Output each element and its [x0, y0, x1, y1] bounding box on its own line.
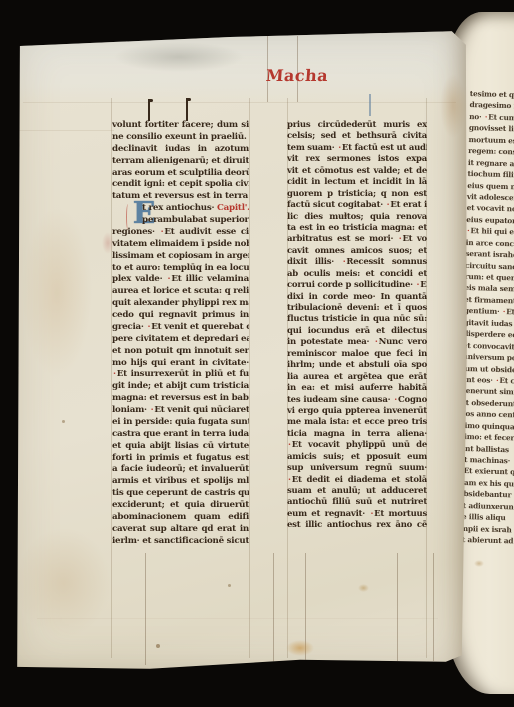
speck	[228, 584, 231, 587]
manuscript-text-line: cavit omnes amicos suos; et	[287, 246, 427, 257]
manuscript-text-line: git inde; et abijt cum tristicia	[112, 381, 249, 393]
horizontal-crease	[37, 618, 438, 619]
manuscript-text-line: ·Et dedit ei diadema et stolā	[287, 475, 427, 486]
manuscript-text-line: quit alexander phylippi rex ma	[112, 298, 249, 310]
rubrication-mark: ·	[398, 234, 403, 244]
ruling-line	[273, 553, 274, 665]
manuscript-text-line: lia aurea et argētea que erāt	[287, 372, 427, 383]
rubrication-mark: ·	[337, 143, 342, 153]
manuscript-text-line: arbitratus est se mori· ·Et vo	[287, 234, 427, 245]
manuscript-text-line: suam et anulū; ut adduceret	[287, 486, 427, 497]
manuscript-text-line: reminiscor maloe que feci in	[287, 349, 427, 360]
stain	[440, 74, 466, 138]
manuscript-text-line: ierlm· et sanctificacionē sicut	[112, 536, 249, 548]
manuscript-text-line: vitatem elimaidem ī pside nobi	[112, 239, 249, 251]
rubrication-mark: ·	[466, 226, 471, 235]
stain	[286, 640, 314, 656]
rubrication-mark: ·	[369, 509, 374, 519]
manuscript-text-line: et non potuit qm innotuit ser	[112, 346, 249, 358]
manuscript-text-line: cedo qui regnavit primus in	[112, 310, 249, 322]
text-column-right: prius circūdederūt muris excelsis; sed e…	[287, 120, 427, 532]
manuscript-text-line: et abierunt ad	[457, 534, 514, 547]
rubrication-mark: ·	[160, 227, 165, 237]
manuscript-text-line: pere civitatem et depredari eam·	[112, 334, 249, 346]
manuscript-photo: tesimo et quadragesimo nono· ·Et cum cog…	[0, 0, 514, 707]
stain	[474, 560, 484, 567]
manuscript-text-line: vit rex sermones istos expa	[287, 154, 427, 165]
manuscript-text-line: ticia magna in terra aliena·	[287, 429, 427, 440]
manuscript-text-line: fluctus tristicie in qua nūc sū:	[287, 314, 427, 325]
rubrication-mark: ·	[484, 112, 489, 121]
rubrication-mark: ·	[146, 322, 151, 332]
manuscript-text-line: ei in perside: quia fugata sunt	[112, 417, 249, 429]
manuscript-text-line: regiones· ·Et audivit esse ci	[112, 227, 249, 239]
rubrication-mark: ·	[416, 280, 421, 290]
rubrication-mark: ·	[150, 405, 155, 415]
rubrication-mark: ·	[393, 395, 398, 405]
rubrication-mark: ·	[287, 440, 292, 450]
manuscript-text-line: tes iudeam sine causa· ·Cogno	[287, 395, 427, 406]
manuscript-text-line: t rex antiochus· Capitl'. vj.	[112, 203, 249, 215]
horizontal-crease	[14, 130, 114, 131]
ascender-stroke	[186, 98, 188, 121]
manuscript-text-line: castra que erant in terra iuda:	[112, 429, 249, 441]
manuscript-text-line: abominacionem quam edifi	[112, 512, 249, 524]
manuscript-text-line: ·Et insurrexerūt in pliū et fu	[112, 369, 249, 381]
stain	[22, 208, 92, 378]
ruling-line	[145, 553, 146, 665]
manuscript-text-line: exciderunt; et quia diruerūt	[112, 500, 249, 512]
manuscript-text-line: volunt fortiter facere; dum si	[112, 120, 249, 132]
blue-pen-mark	[369, 94, 371, 116]
manuscript-text-line: in potestate mea· ·Nunc vero	[287, 337, 427, 348]
ascender-stroke	[148, 99, 150, 121]
rubrication-mark: ·	[495, 376, 500, 385]
manuscript-text-line: amicis suis; et pposuit eum	[287, 452, 427, 463]
manuscript-text-line: lissimam et copiosam in argen	[112, 251, 249, 263]
manuscript-text-line: a facie iudeorū; et invaluerūt	[112, 464, 249, 476]
manuscript-text-line: dixit illis· ·Recessit somnus	[287, 257, 427, 268]
manuscript-text-line: sup universum regnū suum·	[287, 463, 427, 474]
manuscript-text-line: cidit in lectum et incidit in lā	[287, 177, 427, 188]
rubrication-mark: ·	[374, 337, 379, 347]
manuscript-text-line: declinavit iudas in azotum	[112, 144, 249, 156]
manuscript-page: Macha E volunt fortiter facere; dum sine…	[14, 28, 470, 672]
manuscript-text-line: tem suam· ·Et factū est ut audi	[287, 143, 427, 154]
manuscript-text-line: terram alienigenarū; et diruit	[112, 156, 249, 168]
ruling-line	[433, 553, 434, 661]
stain	[16, 528, 111, 638]
manuscript-text-line: vit et cōmotus est valde; et de	[287, 166, 427, 177]
manuscript-text-line: qui iocundus erā et dilectus	[287, 326, 427, 337]
rubrication-mark: ·	[386, 200, 391, 210]
manuscript-text-line: eum et regnavit· ·Et mortuus	[287, 509, 427, 520]
manuscript-text-line: ab oculis meis: et concidi et	[287, 269, 427, 280]
manuscript-text-line: ·Et vocavit phylippū unū de	[287, 440, 427, 451]
manuscript-text-line: aras eorum et sculptilia deorū	[112, 168, 249, 180]
manuscript-text-line: loniam· ·Et venit qui nūciaret	[112, 405, 249, 417]
manuscript-text-line: ne consilio exeunt in praeliū. et	[112, 132, 249, 144]
manuscript-text-line: tribulacionē deveni: et ī quos	[287, 303, 427, 314]
ruling-line	[305, 553, 306, 665]
manuscript-text-line: vi ergo quia ppterea invenerūt	[287, 406, 427, 417]
rubrication-mark: ·	[342, 257, 347, 267]
manuscript-text-line: factū sicut cogitabat· ·Et erat i	[287, 200, 427, 211]
manuscript-text-line: armis et viribus et spolijs ml	[112, 476, 249, 488]
manuscript-text-line: lic dies multos; quia renova	[287, 212, 427, 223]
manuscript-text-line: to et auro: templūq in ea locu	[112, 263, 249, 275]
speck	[156, 644, 160, 648]
rubrication-mark: ·	[287, 475, 292, 485]
manuscript-text-line: celsis; sed et bethsurā civita	[287, 131, 427, 142]
manuscript-text-line: antiochū filiū suū et nutriret	[287, 497, 427, 508]
manuscript-text-line: me mala ista: et ecce preo tris	[287, 417, 427, 428]
stain	[358, 584, 369, 592]
text-column-left: volunt fortiter facere; dum sine consili…	[112, 120, 249, 548]
manuscript-text-line: dixi in corde meo· In quantā	[287, 292, 427, 303]
manuscript-text-line: forti in primis et fugatus est	[112, 453, 249, 465]
rubrication-mark: ·	[167, 274, 172, 284]
manuscript-text-line: aurea et lorice et scuta: q reli	[112, 286, 249, 298]
speck	[62, 420, 65, 423]
manuscript-text-line: guorem p tristicia; q non est	[287, 189, 427, 200]
manuscript-text-line: tis que ceperunt de castris que	[112, 488, 249, 500]
manuscript-text-line: ihrlm; unde et abstuli oīa spo	[287, 360, 427, 371]
manuscript-text-line: prius circūdederūt muris ex	[287, 120, 427, 131]
manuscript-text-line: et quia abijt lisias cū virtute	[112, 441, 249, 453]
stain	[114, 42, 244, 72]
manuscript-text-line: ta est in eo tristicia magna: et	[287, 223, 427, 234]
ruling-line	[397, 553, 398, 663]
horizontal-crease	[23, 102, 456, 103]
ruling-line	[249, 98, 250, 658]
manuscript-text-line: mo hijs qui erant in civitate·	[112, 358, 249, 370]
manuscript-text-line: tatum et reversus est in terra iuda·	[112, 191, 249, 203]
manuscript-text-line: perambulabat superiores	[112, 215, 249, 227]
running-header: Macha	[251, 66, 342, 85]
manuscript-text-line: caverat sup altare qd erat in	[112, 524, 249, 536]
rubrication-mark: ·	[112, 369, 117, 379]
chapter-rubric: Capitl'. vj.	[217, 203, 249, 213]
manuscript-text-line: grecia· ·Et venit et querebat ca	[112, 322, 249, 334]
manuscript-text-line: magna: et reversus est in babi	[112, 393, 249, 405]
rubrication-mark: ·	[502, 307, 507, 316]
manuscript-text-line: plex valde· ·Et illic velamina	[112, 274, 249, 286]
manuscript-text-line: corrui corde p sollicitudine· ·Et	[287, 280, 427, 291]
manuscript-text-line: in ea: et misi auferre habitā	[287, 383, 427, 394]
manuscript-text-line: cendit igni: et cepit spolia civi	[112, 179, 249, 191]
manuscript-text-line: est illic antiochus rex āno cē	[287, 520, 427, 531]
